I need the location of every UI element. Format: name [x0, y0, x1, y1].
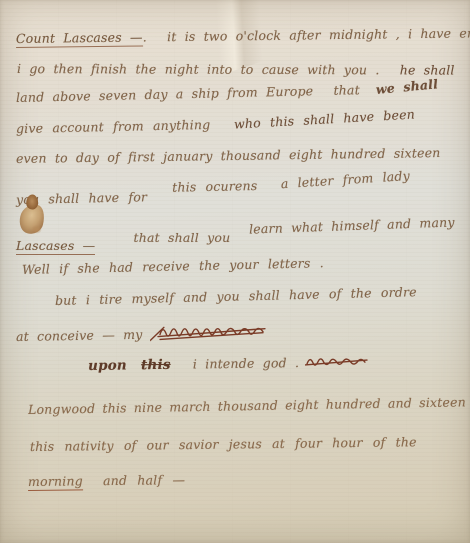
text-segment: that shall you: [134, 230, 231, 245]
letter-line-10: at conceive — my: [16, 323, 269, 345]
text-segment: Well if she had receive the your letters…: [22, 255, 324, 277]
text-segment: this nativity of our savior jesus at fou…: [30, 434, 417, 454]
text-segment: i go then finish the night into to cause…: [17, 61, 380, 77]
letter-line-3: land above seven day a ship from Europe …: [16, 80, 439, 105]
word-upon: upon: [88, 357, 127, 374]
text-segment: Longwood this nine march thousand eight …: [28, 394, 470, 417]
letter-line-2: i go then finish the night into to cause…: [17, 61, 455, 78]
text-segment: give account from anything: [16, 117, 211, 136]
dateline-line-1: Longwood this nine march thousand eight …: [28, 394, 470, 417]
text-segment: i intende god .: [193, 355, 300, 371]
salutation: Count Lascases —: [16, 29, 143, 48]
text-segment: that: [333, 82, 360, 98]
letter-line-5: even to day of first january thousand ei…: [16, 145, 441, 166]
text-segment: it is two o'clock after midnight , i hav…: [167, 25, 470, 44]
text-segment: a letter from lady: [280, 168, 410, 191]
text-segment: this ocurens: [172, 178, 258, 195]
letter-line-4: give account from anything who this shal…: [16, 113, 415, 136]
letter-line-7: Lascases — that shall you learn what him…: [16, 220, 454, 237]
word-this-struck: this: [141, 357, 171, 373]
letter-line-8: Well if she had receive the your letters…: [22, 255, 324, 277]
dateline-line-3: morning and half —: [28, 472, 185, 491]
text-segment: at conceive — my: [16, 327, 143, 344]
text-segment: learn what himself and many: [248, 214, 454, 236]
dateline-line-2: this nativity of our savior jesus at fou…: [30, 434, 417, 454]
text-segment: land above seven day a ship from Europe: [16, 83, 314, 105]
word-lascases: Lascases —: [16, 238, 95, 255]
text-segment: but i tire myself and you shall have of …: [55, 284, 417, 308]
text-segment: even to day of first january thousand ei…: [16, 145, 441, 166]
text-segment: we shall: [375, 76, 439, 97]
letter-line-1: Count Lascases —. it is two o'clock afte…: [16, 23, 470, 48]
scribbled-out-word: [150, 323, 268, 343]
word-morning-underlined: morning: [28, 473, 83, 491]
letter-line-9: but i tire myself and you shall have of …: [55, 284, 417, 308]
scribbled-out-letters: [305, 353, 369, 370]
letter-line-11: upon this i intende god .: [88, 353, 369, 374]
text-segment: .: [143, 29, 147, 44]
letter-line-6: you shall have for this ocurens a letter…: [16, 184, 410, 207]
text-segment: who this shall have been: [233, 107, 415, 132]
text-segment: he shall: [400, 62, 455, 77]
text-segment: and half —: [103, 472, 185, 488]
